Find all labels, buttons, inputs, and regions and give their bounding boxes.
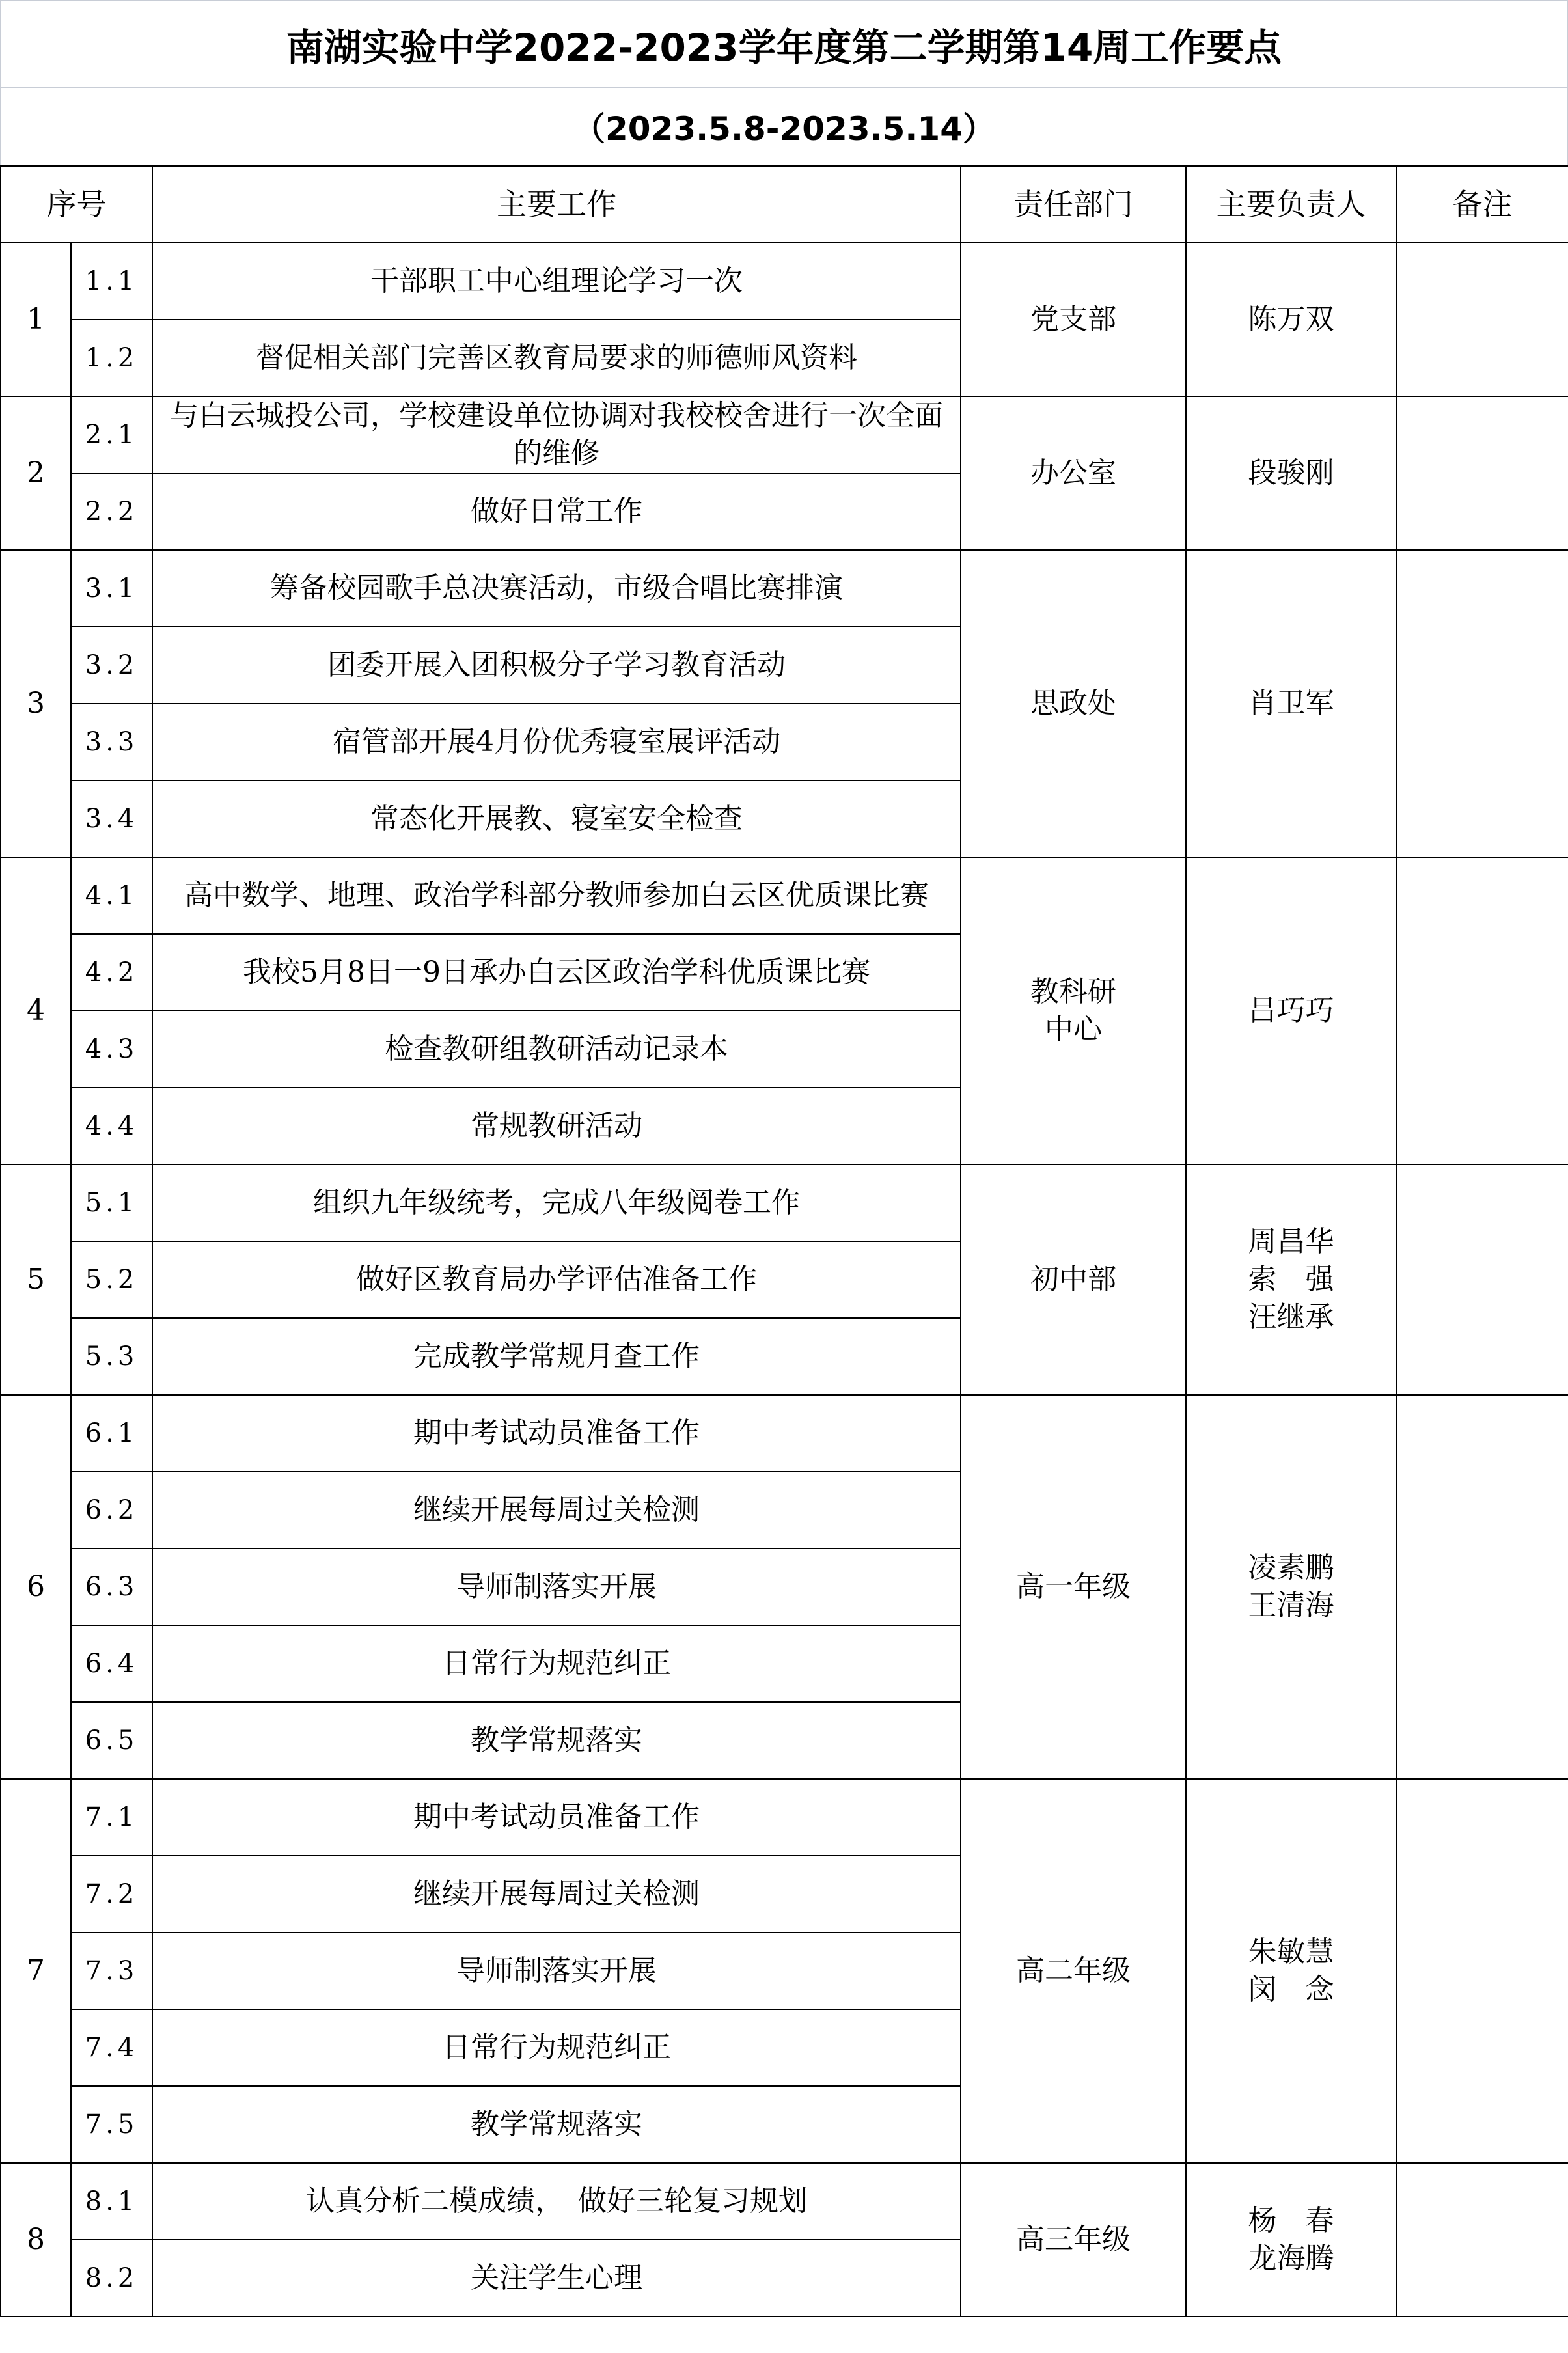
- owner-name: 陈万双: [1193, 301, 1389, 338]
- owner-name: 凌素鹏: [1193, 1549, 1389, 1587]
- work-item: 日常行为规范纠正: [152, 1625, 961, 1702]
- responsible-person: 周昌华索 强汪继承: [1186, 1164, 1396, 1395]
- work-item: 与白云城投公司，学校建设单位协调对我校校舍进行一次全面的维修: [152, 396, 961, 473]
- work-item: 团委开展入团积极分子学习教育活动: [152, 627, 961, 704]
- owner-name: 段骏刚: [1193, 454, 1389, 492]
- remark-cell: [1396, 1164, 1568, 1395]
- work-item: 导师制落实开展: [152, 1933, 961, 2009]
- item-number: 6.4: [71, 1625, 152, 1702]
- remark-cell: [1396, 396, 1568, 550]
- item-number: 8.1: [71, 2163, 152, 2240]
- responsible-dept: 党支部: [961, 243, 1186, 396]
- item-number: 5.2: [71, 1241, 152, 1318]
- work-item: 期中考试动员准备工作: [152, 1395, 961, 1472]
- remark-cell: [1396, 857, 1568, 1164]
- work-item: 关注学生心理: [152, 2240, 961, 2317]
- work-item: 宿管部开展4月份优秀寝室展评活动: [152, 704, 961, 780]
- owner-name: 吕巧巧: [1193, 992, 1389, 1030]
- table-row: 44.1高中数学、地理、政治学科部分教师参加白云区优质课比赛教科研中心吕巧巧: [1, 857, 1568, 934]
- item-number: 6.5: [71, 1702, 152, 1779]
- item-number: 5.3: [71, 1318, 152, 1395]
- table-row: 88.1认真分析二模成绩， 做好三轮复习规划高三年级杨 春龙海腾: [1, 2163, 1568, 2240]
- group-number: 8: [1, 2163, 71, 2317]
- item-number: 2.1: [71, 396, 152, 473]
- owner-name: 索 强: [1193, 1261, 1389, 1299]
- header-remark: 备注: [1396, 166, 1568, 243]
- remark-cell: [1396, 1779, 1568, 2163]
- header-dept: 责任部门: [961, 166, 1186, 243]
- group-number: 7: [1, 1779, 71, 2163]
- item-number: 7.3: [71, 1933, 152, 2009]
- item-number: 3.4: [71, 780, 152, 857]
- item-number: 7.2: [71, 1856, 152, 1933]
- owner-name: 肖卫军: [1193, 685, 1389, 722]
- dept-line: 办公室: [968, 454, 1179, 492]
- work-plan-table: 序号 主要工作 责任部门 主要负责人 备注 11.1干部职工中心组理论学习一次党…: [0, 165, 1568, 2317]
- work-item: 教学常规落实: [152, 2086, 961, 2163]
- dept-line: 中心: [968, 1011, 1179, 1049]
- work-item: 常规教研活动: [152, 1088, 961, 1164]
- group-number: 1: [1, 243, 71, 396]
- work-item: 做好日常工作: [152, 473, 961, 550]
- responsible-person: 肖卫军: [1186, 550, 1396, 857]
- work-item: 教学常规落实: [152, 1702, 961, 1779]
- item-number: 1.1: [71, 243, 152, 320]
- owner-name: 汪继承: [1193, 1299, 1389, 1336]
- work-item: 期中考试动员准备工作: [152, 1779, 961, 1856]
- group-number: 6: [1, 1395, 71, 1779]
- item-number: 2.2: [71, 473, 152, 550]
- table-row: 22.1与白云城投公司，学校建设单位协调对我校校舍进行一次全面的维修办公室段骏刚: [1, 396, 1568, 473]
- document-title: 南湖实验中学2022-2023学年度第二学期第14周工作要点: [0, 0, 1568, 88]
- work-item: 组织九年级统考，完成八年级阅卷工作: [152, 1164, 961, 1241]
- responsible-dept: 高二年级: [961, 1779, 1186, 2163]
- table-row: 66.1期中考试动员准备工作高一年级凌素鹏王清海: [1, 1395, 1568, 1472]
- responsible-dept: 高一年级: [961, 1395, 1186, 1779]
- table-row: 33.1筹备校园歌手总决赛活动，市级合唱比赛排演思政处肖卫军: [1, 550, 1568, 627]
- responsible-dept: 高三年级: [961, 2163, 1186, 2317]
- item-number: 5.1: [71, 1164, 152, 1241]
- responsible-person: 段骏刚: [1186, 396, 1396, 550]
- item-number: 7.4: [71, 2009, 152, 2086]
- header-work: 主要工作: [152, 166, 961, 243]
- group-number: 3: [1, 550, 71, 857]
- item-number: 1.2: [71, 320, 152, 396]
- item-number: 7.1: [71, 1779, 152, 1856]
- group-number: 4: [1, 857, 71, 1164]
- owner-name: 周昌华: [1193, 1223, 1389, 1261]
- work-item: 检查教研组教研活动记录本: [152, 1011, 961, 1088]
- header-row: 序号 主要工作 责任部门 主要负责人 备注: [1, 166, 1568, 243]
- work-item: 日常行为规范纠正: [152, 2009, 961, 2086]
- work-item: 完成教学常规月查工作: [152, 1318, 961, 1395]
- header-owner: 主要负责人: [1186, 166, 1396, 243]
- remark-cell: [1396, 1395, 1568, 1779]
- remark-cell: [1396, 243, 1568, 396]
- item-number: 8.2: [71, 2240, 152, 2317]
- table-row: 11.1干部职工中心组理论学习一次党支部陈万双: [1, 243, 1568, 320]
- item-number: 3.3: [71, 704, 152, 780]
- work-item: 做好区教育局办学评估准备工作: [152, 1241, 961, 1318]
- work-item: 认真分析二模成绩， 做好三轮复习规划: [152, 2163, 961, 2240]
- work-item: 常态化开展教、寝室安全检查: [152, 780, 961, 857]
- remark-cell: [1396, 550, 1568, 857]
- dept-line: 初中部: [968, 1261, 1179, 1299]
- responsible-person: 凌素鹏王清海: [1186, 1395, 1396, 1779]
- responsible-person: 陈万双: [1186, 243, 1396, 396]
- work-item: 我校5月8日一9日承办白云区政治学科优质课比赛: [152, 934, 961, 1011]
- dept-line: 高二年级: [968, 1952, 1179, 1990]
- work-item: 筹备校园歌手总决赛活动，市级合唱比赛排演: [152, 550, 961, 627]
- header-no: 序号: [1, 166, 152, 243]
- work-item: 高中数学、地理、政治学科部分教师参加白云区优质课比赛: [152, 857, 961, 934]
- dept-line: 教科研: [968, 973, 1179, 1011]
- owner-name: 龙海腾: [1193, 2240, 1389, 2277]
- work-item: 继续开展每周过关检测: [152, 1856, 961, 1933]
- group-number: 2: [1, 396, 71, 550]
- responsible-person: 吕巧巧: [1186, 857, 1396, 1164]
- owner-name: 王清海: [1193, 1587, 1389, 1625]
- item-number: 7.5: [71, 2086, 152, 2163]
- dept-line: 高三年级: [968, 2221, 1179, 2259]
- dept-line: 党支部: [968, 301, 1179, 338]
- work-item: 督促相关部门完善区教育局要求的师德师风资料: [152, 320, 961, 396]
- responsible-dept: 教科研中心: [961, 857, 1186, 1164]
- item-number: 4.4: [71, 1088, 152, 1164]
- item-number: 6.1: [71, 1395, 152, 1472]
- item-number: 3.2: [71, 627, 152, 704]
- date-range: （2023.5.8-2023.5.14）: [0, 87, 1568, 165]
- work-item: 继续开展每周过关检测: [152, 1472, 961, 1548]
- item-number: 4.2: [71, 934, 152, 1011]
- item-number: 3.1: [71, 550, 152, 627]
- responsible-person: 朱敏慧闵 念: [1186, 1779, 1396, 2163]
- owner-name: 闵 念: [1193, 1971, 1389, 2009]
- responsible-dept: 初中部: [961, 1164, 1186, 1395]
- dept-line: 高一年级: [968, 1568, 1179, 1606]
- item-number: 6.2: [71, 1472, 152, 1548]
- responsible-person: 杨 春龙海腾: [1186, 2163, 1396, 2317]
- remark-cell: [1396, 2163, 1568, 2317]
- responsible-dept: 办公室: [961, 396, 1186, 550]
- owner-name: 杨 春: [1193, 2202, 1389, 2240]
- responsible-dept: 思政处: [961, 550, 1186, 857]
- table-row: 77.1期中考试动员准备工作高二年级朱敏慧闵 念: [1, 1779, 1568, 1856]
- owner-name: 朱敏慧: [1193, 1933, 1389, 1971]
- item-number: 6.3: [71, 1548, 152, 1625]
- group-number: 5: [1, 1164, 71, 1395]
- item-number: 4.1: [71, 857, 152, 934]
- work-item: 干部职工中心组理论学习一次: [152, 243, 961, 320]
- table-row: 55.1组织九年级统考，完成八年级阅卷工作初中部周昌华索 强汪继承: [1, 1164, 1568, 1241]
- work-item: 导师制落实开展: [152, 1548, 961, 1625]
- dept-line: 思政处: [968, 685, 1179, 722]
- item-number: 4.3: [71, 1011, 152, 1088]
